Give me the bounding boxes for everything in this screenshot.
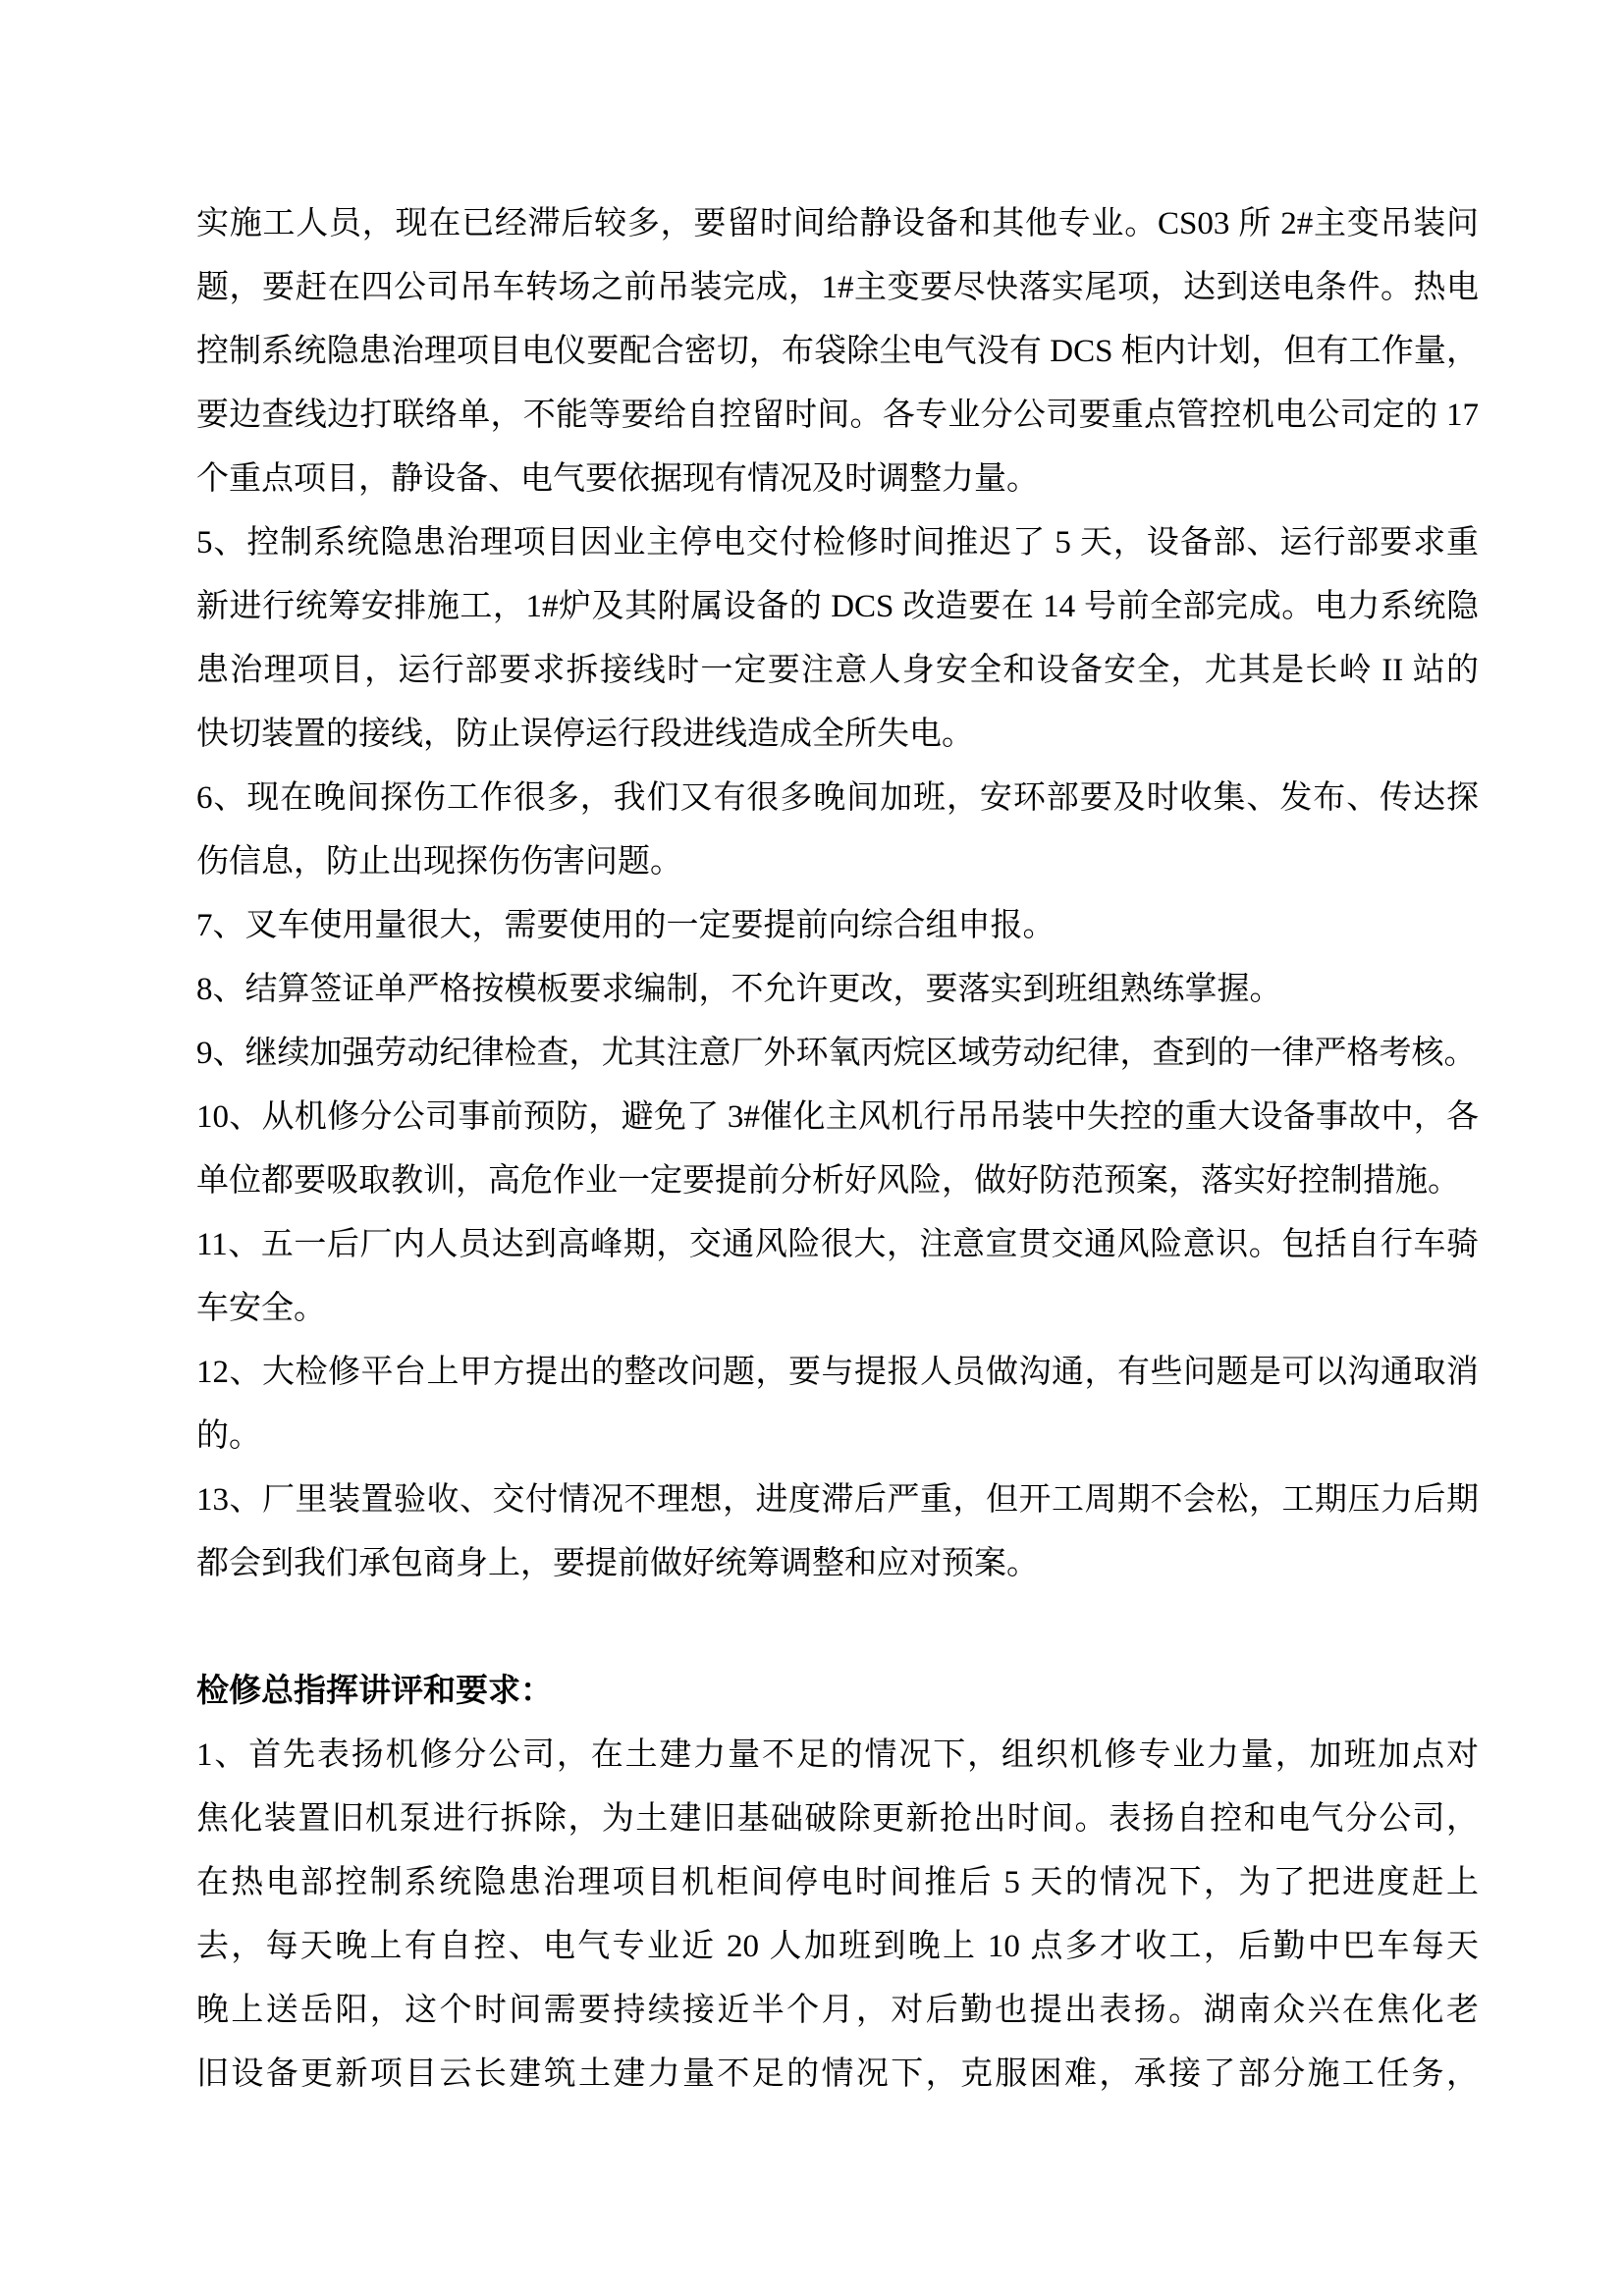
paragraph-item-7: 7、叉车使用量很大，需要使用的一定要提前向综合组申报。 — [196, 894, 1479, 958]
paragraph-item-12: 12、大检修平台上甲方提出的整改问题，要与提报人员做沟通，有些问题是可以沟通取消… — [196, 1341, 1479, 1468]
text-line: 去，每天晚上有自控、电气专业近 20 人加班到晚上 10 点多才收工，后勤中巴车… — [196, 1915, 1479, 1979]
text-line: 车安全。 — [196, 1277, 1479, 1341]
paragraph-item-10: 10、从机修分公司事前预防，避免了 3#催化主风机行吊吊装中失控的重大设备事故中… — [196, 1086, 1479, 1213]
text-line: 题，要赶在四公司吊车转场之前吊装完成，1#主变要尽快落实尾项，达到送电条件。热电 — [196, 256, 1479, 320]
text-line: 单位都要吸取教训，高危作业一定要提前分析好风险，做好防范预案，落实好控制措施。 — [196, 1149, 1479, 1213]
text-line: 新进行统筹安排施工，1#炉及其附属设备的 DCS 改造要在 14 号前全部完成。… — [196, 575, 1479, 639]
text-block: 实施工人员，现在已经滞后较多，要留时间给静设备和其他专业。CS03 所 2#主变… — [196, 192, 1479, 2107]
text-line: 快切装置的接线，防止误停运行段进线造成全所失电。 — [196, 703, 1479, 767]
paragraph-item-13: 13、厂里装置验收、交付情况不理想，进度滞后严重，但开工周期不会松，工期压力后期… — [196, 1468, 1479, 1596]
text-line: 都会到我们承包商身上，要提前做好统筹调整和应对预案。 — [196, 1532, 1479, 1596]
text-line: 在热电部控制系统隐患治理项目机柜间停电时间推后 5 天的情况下，为了把进度赶上 — [196, 1851, 1479, 1915]
document-page: 实施工人员，现在已经滞后较多，要留时间给静设备和其他专业。CS03 所 2#主变… — [0, 0, 1624, 2296]
paragraph-item-8: 8、结算签证单严格按模板要求编制，不允许更改，要落实到班组熟练掌握。 — [196, 958, 1479, 1022]
text-line: 9、继续加强劳动纪律检查，尤其注意厂外环氧丙烷区域劳动纪律，查到的一律严格考核。 — [196, 1022, 1479, 1086]
text-line: 5、控制系统隐患治理项目因业主停电交付检修时间推迟了 5 天，设备部、运行部要求… — [196, 511, 1479, 575]
text-line: 12、大检修平台上甲方提出的整改问题，要与提报人员做沟通，有些问题是可以沟通取消 — [196, 1341, 1479, 1405]
text-line: 的。 — [196, 1405, 1479, 1468]
text-line: 患治理项目，运行部要求拆接线时一定要注意人身安全和设备安全，尤其是长岭 II 站… — [196, 639, 1479, 703]
text-line: 焦化装置旧机泵进行拆除，为土建旧基础破除更新抢出时间。表扬自控和电气分公司， — [196, 1788, 1479, 1851]
text-line: 要边查线边打联络单，不能等要给自控留时间。各专业分公司要重点管控机电公司定的 1… — [196, 384, 1479, 448]
paragraph-item-9: 9、继续加强劳动纪律检查，尤其注意厂外环氧丙烷区域劳动纪律，查到的一律严格考核。 — [196, 1022, 1479, 1086]
paragraph-commander-item-1: 1、首先表扬机修分公司，在土建力量不足的情况下，组织机修专业力量，加班加点对 焦… — [196, 1724, 1479, 2107]
text-line: 旧设备更新项目云长建筑土建力量不足的情况下，克服困难，承接了部分施工任务， — [196, 2043, 1479, 2107]
text-line: 伤信息，防止出现探伤伤害问题。 — [196, 830, 1479, 894]
text-line: 晚上送岳阳，这个时间需要持续接近半个月，对后勤也提出表扬。湖南众兴在焦化老 — [196, 1979, 1479, 2043]
text-line: 6、现在晚间探伤工作很多，我们又有很多晚间加班，安环部要及时收集、发布、传达探 — [196, 767, 1479, 830]
paragraph-item-6: 6、现在晚间探伤工作很多，我们又有很多晚间加班，安环部要及时收集、发布、传达探 … — [196, 767, 1479, 894]
section-heading: 检修总指挥讲评和要求： — [196, 1660, 1479, 1724]
text-line: 个重点项目，静设备、电气要依据现有情况及时调整力量。 — [196, 448, 1479, 511]
paragraph-item-11: 11、五一后厂内人员达到高峰期，交通风险很大，注意宣贯交通风险意识。包括自行车骑… — [196, 1213, 1479, 1341]
text-line: 13、厂里装置验收、交付情况不理想，进度滞后严重，但开工周期不会松，工期压力后期 — [196, 1468, 1479, 1532]
text-line: 7、叉车使用量很大，需要使用的一定要提前向综合组申报。 — [196, 894, 1479, 958]
text-line: 1、首先表扬机修分公司，在土建力量不足的情况下，组织机修专业力量，加班加点对 — [196, 1724, 1479, 1788]
text-line: 实施工人员，现在已经滞后较多，要留时间给静设备和其他专业。CS03 所 2#主变… — [196, 192, 1479, 256]
text-line: 控制系统隐患治理项目电仪要配合密切，布袋除尘电气没有 DCS 柜内计划，但有工作… — [196, 320, 1479, 384]
paragraph-continuation: 实施工人员，现在已经滞后较多，要留时间给静设备和其他专业。CS03 所 2#主变… — [196, 192, 1479, 511]
paragraph-item-5: 5、控制系统隐患治理项目因业主停电交付检修时间推迟了 5 天，设备部、运行部要求… — [196, 511, 1479, 767]
text-line: 8、结算签证单严格按模板要求编制，不允许更改，要落实到班组熟练掌握。 — [196, 958, 1479, 1022]
text-line: 10、从机修分公司事前预防，避免了 3#催化主风机行吊吊装中失控的重大设备事故中… — [196, 1086, 1479, 1149]
text-line: 11、五一后厂内人员达到高峰期，交通风险很大，注意宣贯交通风险意识。包括自行车骑 — [196, 1213, 1479, 1277]
